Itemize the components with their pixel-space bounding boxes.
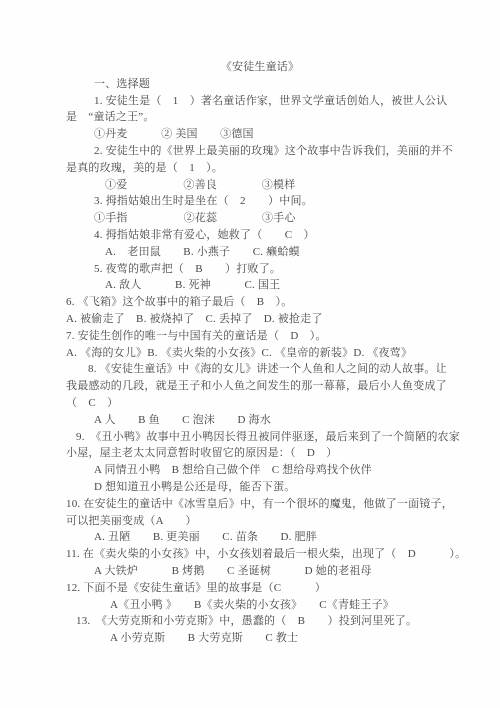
question-line: 8. 《安徒生童话》中《海的女儿》讲述一个人鱼和人之间的动人故事。让 [66, 361, 454, 378]
options-line: ①丹麦 ② 美国 ③德国 [66, 126, 454, 143]
options-line: A 人 B 鱼 C 泡沫 D 海水 [66, 412, 454, 429]
question-line: 12. 下面不是《安徒生童话》里的故事是（C ） [66, 580, 454, 597]
options-line: A. 《海的女儿》B. 《卖火柴的小女孩》C. 《皇帝的新装》D. 《夜莺》 [66, 345, 454, 362]
question-line: 5. 夜莺的歌声把（ B ）打败了。 [66, 261, 454, 278]
question-line: 1. 安徒生是（ 1 ）著名童话作家，世界文学童话创始人，被世人公认 [66, 93, 454, 110]
text-line: （ C ） [66, 395, 454, 412]
text-line: 是 “童话之王”。 [66, 109, 454, 126]
text-line: 可以把美丽变成（A ） [66, 513, 454, 530]
question-line: 9. 《丑小鸭》故事中丑小鸭因长得丑被同伴驱逐，最后来到了一个简陋的农家 [66, 429, 454, 446]
question-line: 13. 《大劳克斯和小劳克斯》中，愚蠢的（ B ）投到河里死了。 [66, 613, 454, 630]
options-line: A. 丑陋 B. 更美丽 C. 苗条 D. 肥胖 [66, 529, 454, 546]
options-line: ①爱 ②善良 ③模样 [66, 177, 454, 194]
options-line: A 大铁炉 B 烤鹅 C 圣诞树 D 她的老祖母 [66, 563, 454, 580]
text-line: 我最感动的几段，就是王子和小人鱼之间发生的那一幕幕，最后小人鱼变成了 [66, 378, 454, 395]
options-line: A《丑小鸭 》 B《卖火柴的小女孩》 C《青蛙王子》 [66, 597, 454, 614]
options-line: ①手指 ②花蕊 ③手心 [66, 210, 454, 227]
question-line: 7. 安徒生创作的唯一与中国有关的童话是（ D ）。 [66, 328, 454, 345]
document-page: 《安徒生童话》 一、选择题 1. 安徒生是（ 1 ）著名童话作家，世界文学童话创… [0, 0, 500, 708]
doc-title: 《安徒生童话》 [66, 59, 454, 76]
section-heading: 一、选择题 [66, 76, 454, 93]
question-line: 3. 拇指姑娘出生时是坐在（ 2 ）中间。 [66, 193, 454, 210]
question-line: 2. 安徒生中的《世界上最美丽的玫瑰》这个故事中告诉我们，美丽的并不 [66, 143, 454, 160]
options-line: D 想知道丑小鸭是公还是母，能否下蛋。 [66, 479, 454, 496]
question-line: 6. 《飞箱》这个故事中的箱子最后（ B ）。 [66, 294, 454, 311]
text-line: 小屋，屋主老太太同意暂时收留它的原因是：（ D ） [66, 445, 454, 462]
question-line: 4. 拇指姑娘非常有爱心，她救了（ C ） [66, 227, 454, 244]
options-line: A 同情丑小鸭 B 想给自己做个伴 C 想给母鸡找个伙伴 [66, 462, 454, 479]
options-line: A 小劳克斯 B 大劳克斯 C 教士 [66, 630, 454, 647]
question-line: 11. 在《卖火柴的小女孩》中，小女孩划着最后一根火柴，出现了（ D ）。 [66, 546, 454, 563]
question-line: 10. 在安徒生的童话中《冰雪皇后》中，有一个很坏的魔鬼，他做了一面镜子， [66, 496, 454, 513]
options-line: A. 被偷走了 B. 被烧掉了 C. 丢掉了 D. 被抢走了 [66, 311, 454, 328]
text-line: 是真的玫瑰，美的是（ 1 ）。 [66, 160, 454, 177]
options-line: A. 敌人 B. 死神 C. 国王 [66, 277, 454, 294]
options-line: A. 老田鼠 B. 小燕子 C. 癞蛤蟆 [66, 244, 454, 261]
document-content: 《安徒生童话》 一、选择题 1. 安徒生是（ 1 ）著名童话作家，世界文学童话创… [66, 59, 454, 647]
